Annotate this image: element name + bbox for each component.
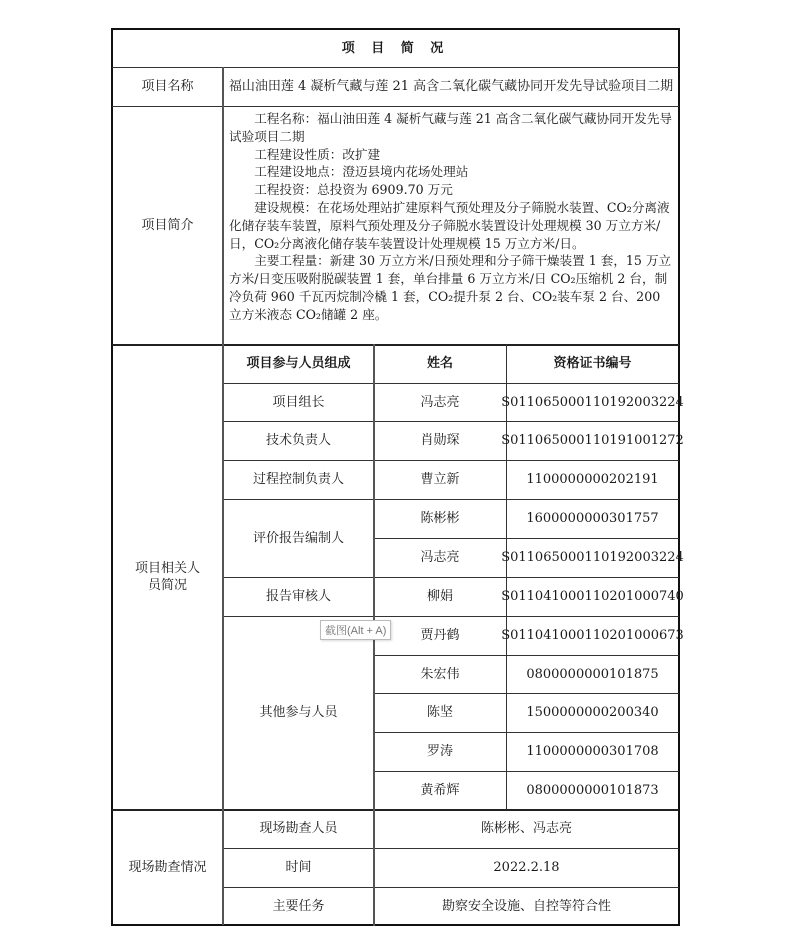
person-cert: 0800000000101873 — [506, 771, 679, 809]
survey-staff-value: 陈彬彬、冯志亮 — [374, 809, 679, 848]
person-cert: 1100000000301708 — [506, 732, 679, 771]
intro-scale: 建设规模：在花场处理站扩建原料气预处理及分子筛脱水装置、CO₂分离液化储存装车装… — [229, 199, 676, 252]
role-report-author: 评价报告编制人 — [223, 499, 374, 577]
person-cert: S011041000110201000740 — [506, 577, 679, 616]
person-name: 陈坚 — [374, 693, 506, 732]
person-name: 朱宏伟 — [374, 655, 506, 693]
role-process-control: 过程控制负责人 — [223, 460, 374, 499]
person-cert: S011065000110192003224 — [506, 383, 679, 421]
person-cert: S011065000110191001272 — [506, 421, 679, 460]
intro-project-name: 工程名称：福山油田莲 4 凝析气藏与莲 21 高含二氧化碳气藏协同开发先导试验项… — [229, 110, 676, 146]
personnel-label: 项目相关人员简况 — [112, 344, 223, 809]
table-title: 项 目 简 况 — [112, 29, 679, 67]
role-technical-lead: 技术负责人 — [223, 421, 374, 460]
person-cert: 0800000000101875 — [506, 655, 679, 693]
person-name: 柳娟 — [374, 577, 506, 616]
project-name-value: 福山油田莲 4 凝析气藏与莲 21 高含二氧化碳气藏协同开发先导试验项目二期 — [223, 67, 679, 106]
person-name: 陈彬彬 — [374, 499, 506, 538]
survey-date-value: 2022.2.18 — [374, 848, 679, 887]
role-project-leader: 项目组长 — [223, 383, 374, 421]
person-name: 肖勋琛 — [374, 421, 506, 460]
person-name: 罗涛 — [374, 732, 506, 771]
person-cert: 1500000000200340 — [506, 693, 679, 732]
site-survey-label: 现场勘查情况 — [112, 809, 223, 926]
intro-main-works: 主要工程量：新建 30 万立方米/日预处理和分子筛干燥装置 1 套，15 万立方… — [229, 252, 676, 323]
survey-task-value: 勘察安全设施、自控等符合性 — [374, 887, 679, 926]
project-intro-label: 项目简介 — [112, 106, 223, 344]
project-intro-content: 工程名称：福山油田莲 4 凝析气藏与莲 21 高含二氧化碳气藏协同开发先导试验项… — [229, 110, 676, 324]
project-name-label: 项目名称 — [112, 67, 223, 106]
survey-staff-label: 现场勘查人员 — [223, 809, 374, 848]
person-name: 曹立新 — [374, 460, 506, 499]
document-page: 项 目 简 况 项目名称 福山油田莲 4 凝析气藏与莲 21 高含二氧化碳气藏协… — [0, 0, 790, 946]
person-cert: S011065000110192003224 — [506, 538, 679, 577]
person-name: 贾丹鹤 — [374, 616, 506, 655]
person-name: 冯志亮 — [374, 383, 506, 421]
intro-location: 工程建设地点：澄迈县境内花场处理站 — [229, 163, 676, 181]
person-cert: 1600000000301757 — [506, 499, 679, 538]
survey-task-label: 主要任务 — [223, 887, 374, 926]
header-role: 项目参与人员组成 — [223, 344, 374, 383]
intro-construction-type: 工程建设性质：改扩建 — [229, 146, 676, 164]
person-name: 冯志亮 — [374, 538, 506, 577]
screenshot-tooltip: 截图(Alt + A) — [320, 620, 391, 640]
person-cert: 1100000000202191 — [506, 460, 679, 499]
header-cert: 资格证书编号 — [506, 344, 679, 383]
intro-investment: 工程投资：总投资为 6909.70 万元 — [229, 181, 676, 199]
role-other-participants: 其他参与人员 — [223, 616, 374, 809]
person-cert: S011041000110201000673 — [506, 616, 679, 655]
survey-date-label: 时间 — [223, 848, 374, 887]
header-name: 姓名 — [374, 344, 506, 383]
person-name: 黄希辉 — [374, 771, 506, 809]
role-report-reviewer: 报告审核人 — [223, 577, 374, 616]
